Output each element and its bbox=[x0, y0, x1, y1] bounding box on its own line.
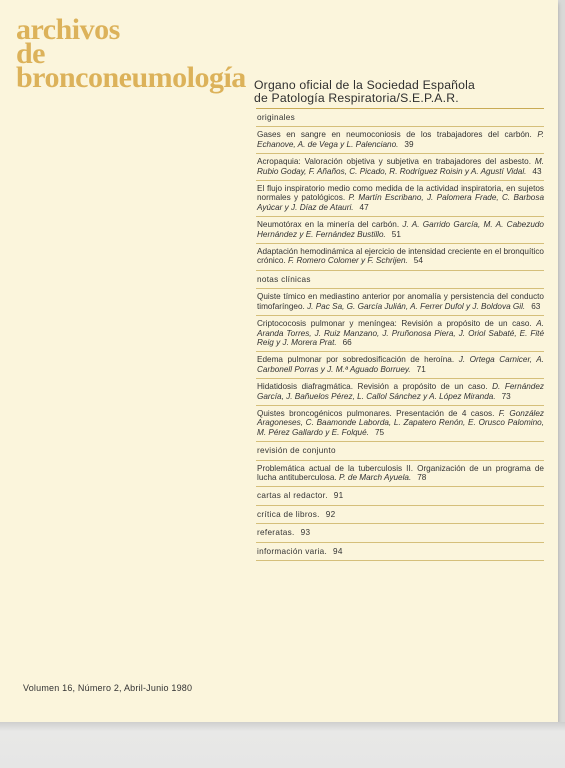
journal-cover: archivos de bronconeumología Organo ofic… bbox=[0, 0, 558, 722]
issue-info: Volumen 16, Número 2, Abril-Junio 1980 bbox=[23, 683, 192, 693]
toc-misc-entry[interactable]: referatas.93 bbox=[256, 524, 544, 541]
toc-entry[interactable]: Quiste tímico en mediastino anterior por… bbox=[256, 289, 544, 315]
misc-label: crítica de libros. bbox=[257, 510, 320, 519]
section-heading-originales: originales bbox=[256, 109, 544, 126]
page-number: 43 bbox=[532, 167, 541, 176]
toc-entry[interactable]: Gases en sangre en neumoconiosis de los … bbox=[256, 127, 544, 153]
scan-background bbox=[0, 722, 565, 768]
page-number: 71 bbox=[417, 365, 426, 374]
journal-subtitle: Organo oficial de la Sociedad Española d… bbox=[254, 79, 475, 104]
page-number: 51 bbox=[392, 230, 401, 239]
title-line-3: bronconeumología bbox=[16, 66, 246, 90]
page-number: 54 bbox=[414, 256, 423, 265]
article-authors: J. Pac Sa, G. García Julián, A. Ferrer D… bbox=[307, 302, 525, 311]
toc-misc-entry[interactable]: crítica de libros.92 bbox=[256, 506, 544, 523]
article-title: Neumotórax en la minería del carbón. bbox=[257, 220, 399, 229]
page-number: 47 bbox=[360, 203, 369, 212]
subtitle-line-1: Organo oficial de la Sociedad Española bbox=[254, 79, 475, 92]
article-title: Hidatidosis diafragmática. Revisión a pr… bbox=[257, 382, 488, 391]
subtitle-line-2: de Patología Respiratoria/S.E.P.A.R. bbox=[254, 92, 475, 105]
title-line-1: archivos bbox=[16, 18, 246, 42]
page-number: 63 bbox=[531, 302, 540, 311]
article-authors: P. de March Ayuela. bbox=[339, 473, 411, 482]
toc-entry[interactable]: Neumotórax en la minería del carbón. J. … bbox=[256, 217, 544, 243]
page-number: 94 bbox=[333, 547, 343, 556]
table-of-contents: originalesGases en sangre en neumoconios… bbox=[256, 108, 544, 561]
page-number: 73 bbox=[502, 392, 511, 401]
article-title: Acropaquia: Valoración objetiva y subjet… bbox=[257, 157, 531, 166]
page-number: 92 bbox=[326, 510, 336, 519]
toc-misc-entry[interactable]: información varia.94 bbox=[256, 543, 544, 560]
article-authors: F. Romero Colomer y F. Schrijen. bbox=[288, 256, 408, 265]
section-heading-revision: revisión de conjunto bbox=[256, 442, 544, 459]
toc-entry[interactable]: Edema pulmonar por sobredosificación de … bbox=[256, 352, 544, 378]
toc-misc-entry[interactable]: cartas al redactor.91 bbox=[256, 487, 544, 504]
page-number: 39 bbox=[404, 140, 413, 149]
section-heading-notas-clinicas: notas clínicas bbox=[256, 271, 544, 288]
toc-entry[interactable]: Hidatidosis diafragmática. Revisión a pr… bbox=[256, 379, 544, 405]
page-number: 91 bbox=[334, 491, 344, 500]
toc-entry[interactable]: Acropaquia: Valoración objetiva y subjet… bbox=[256, 154, 544, 180]
article-title: Quistes broncogénicos pulmonares. Presen… bbox=[257, 409, 494, 418]
page-number: 78 bbox=[417, 473, 426, 482]
toc-entry[interactable]: El flujo inspiratorio medio como medida … bbox=[256, 181, 544, 216]
article-title: Criptococosis pulmonar y meníngea: Revis… bbox=[257, 319, 532, 328]
toc-entry[interactable]: Quistes broncogénicos pulmonares. Presen… bbox=[256, 406, 544, 441]
article-title: Gases en sangre en neumoconiosis de los … bbox=[257, 130, 532, 139]
toc-entry[interactable]: Criptococosis pulmonar y meníngea: Revis… bbox=[256, 316, 544, 351]
article-title: Edema pulmonar por sobredosificación de … bbox=[257, 355, 454, 364]
misc-label: cartas al redactor. bbox=[257, 491, 328, 500]
journal-title: archivos de bronconeumología bbox=[16, 18, 246, 90]
divider bbox=[256, 560, 544, 561]
page-number: 66 bbox=[343, 338, 352, 347]
page-number: 75 bbox=[375, 428, 384, 437]
page-number: 93 bbox=[301, 528, 311, 537]
misc-label: información varia. bbox=[257, 547, 327, 556]
toc-entry[interactable]: Adaptación hemodinámica al ejercicio de … bbox=[256, 244, 544, 270]
toc-entry[interactable]: Problemática actual de la tuberculosis I… bbox=[256, 461, 544, 487]
misc-label: referatas. bbox=[257, 528, 295, 537]
